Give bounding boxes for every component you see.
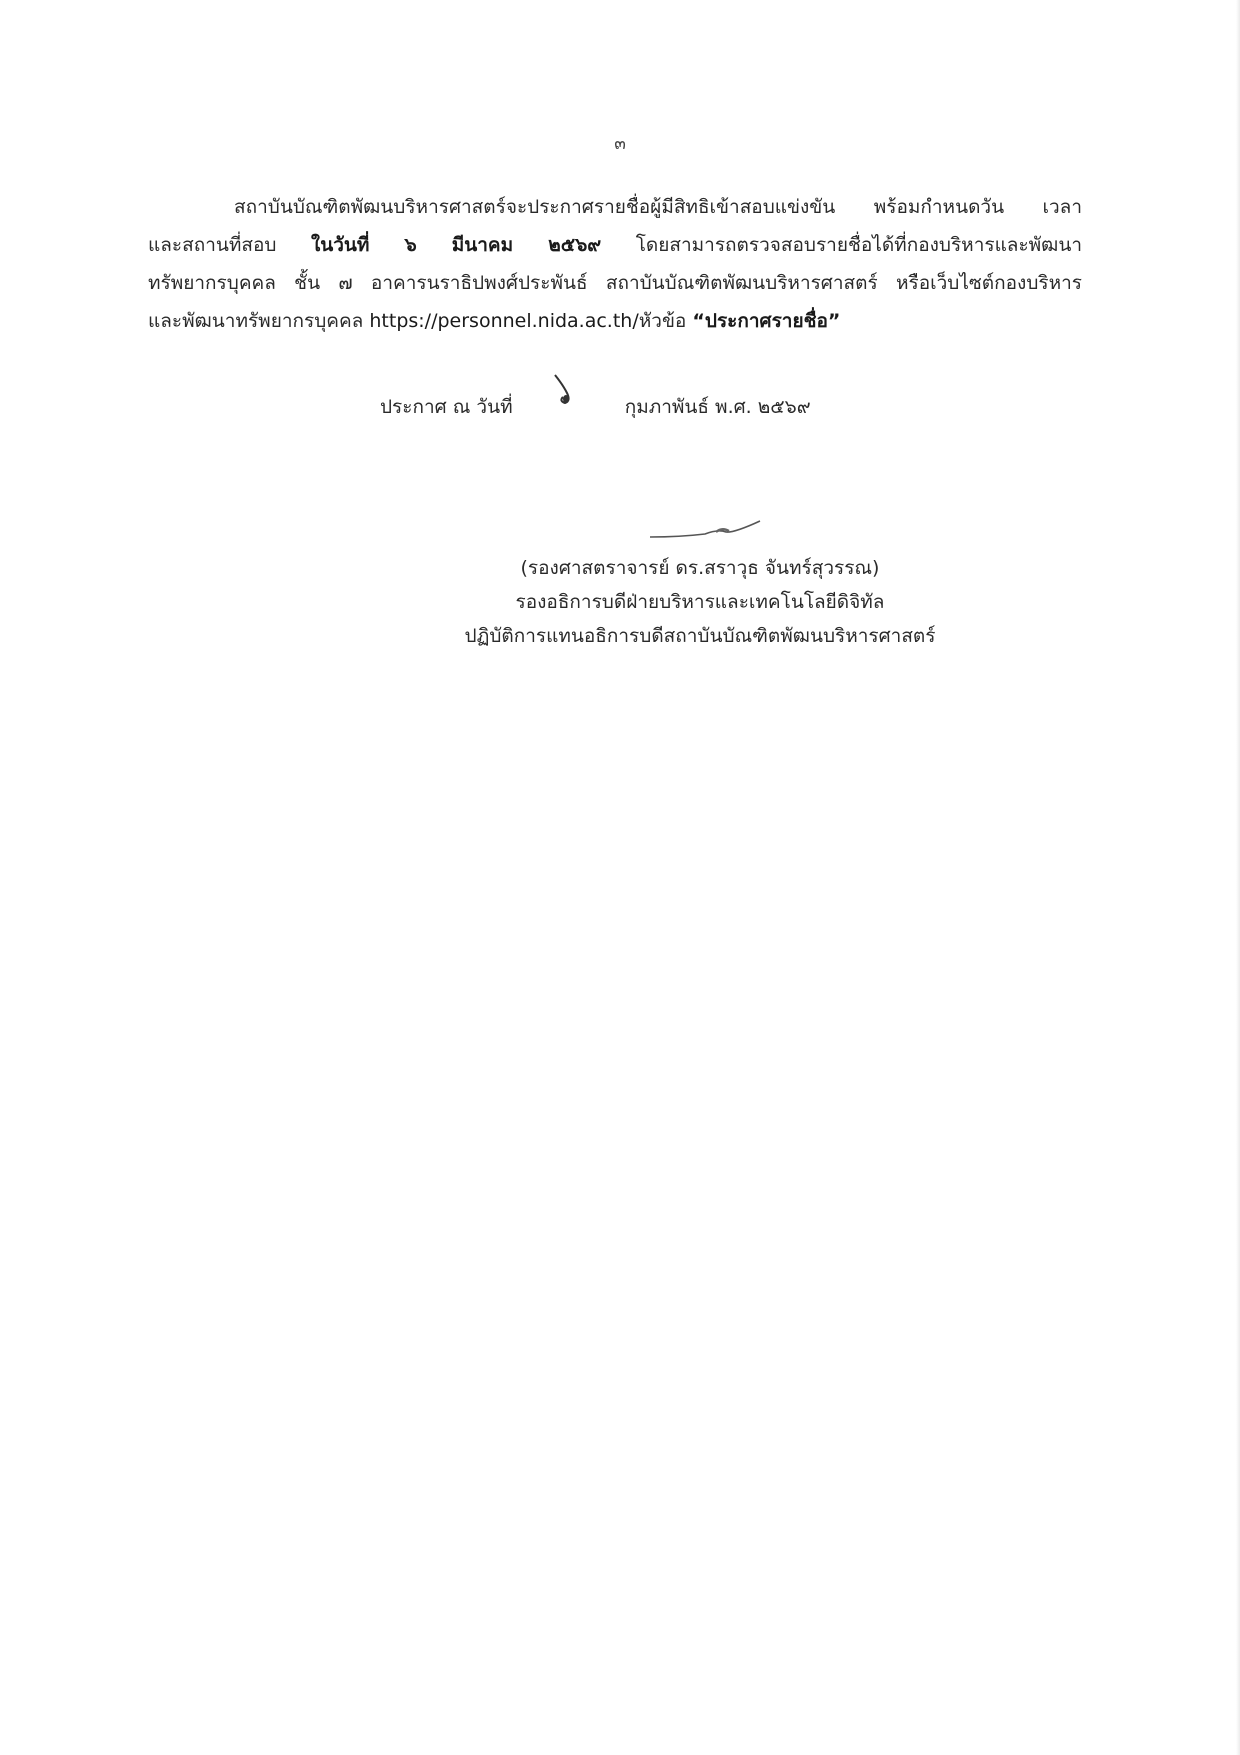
topic-title: “ประกาศรายชื่อ”: [692, 310, 840, 332]
signature-block: (รองศาสตราจารย์ ดร.สราวุธ จันทร์สุวรรณ) …: [430, 515, 970, 653]
handwritten-day: [519, 393, 619, 413]
line-text: โดยสามารถตรวจสอบรายชื่อได้ที่กองบริหารแล…: [601, 234, 1082, 256]
signatory-name: (รองศาสตราจารย์ ดร.สราวุธ จันทร์สุวรรณ): [430, 551, 970, 585]
signature-icon: [630, 515, 770, 545]
exam-list-date: ในวันที่ ๖ มีนาคม ๒๕๖๙: [311, 234, 601, 256]
handwritten-day-icon: [549, 371, 589, 411]
paragraph-line-4: และพัฒนาทรัพยากรบุคคล https://personnel.…: [148, 302, 1082, 340]
announcement-paragraph: สถาบันบัณฑิตพัฒนบริหารศาสตร์จะประกาศรายช…: [148, 188, 1082, 340]
paragraph-line-1: สถาบันบัณฑิตพัฒนบริหารศาสตร์จะประกาศรายช…: [148, 188, 1082, 226]
signatory-acting-role: ปฏิบัติการแทนอธิการบดีสถาบันบัณฑิตพัฒนบร…: [430, 619, 970, 653]
page-edge: [1236, 0, 1240, 1755]
line-text: และพัฒนาทรัพยากรบุคคล: [148, 310, 369, 332]
line-text: และสถานที่สอบ: [148, 234, 311, 256]
signatory-position: รองอธิการบดีฝ่ายบริหารและเทคโนโลยีดิจิทั…: [430, 585, 970, 619]
page-number: ๓: [0, 130, 1240, 157]
paragraph-line-3: ทรัพยากรบุคคล ชั้น ๗ อาคารนราธิปพงศ์ประพ…: [148, 264, 1082, 302]
date-suffix: กุมภาพันธ์ พ.ศ. ๒๕๖๙: [625, 396, 811, 418]
website-link[interactable]: https://personnel.nida.ac.th/: [369, 310, 638, 332]
paragraph-line-2: และสถานที่สอบ ในวันที่ ๖ มีนาคม ๒๕๖๙ โดย…: [148, 226, 1082, 264]
date-prefix: ประกาศ ณ วันที่: [380, 396, 513, 418]
line-text: หัวข้อ: [639, 310, 693, 332]
announcement-date: ประกาศ ณ วันที่ กุมภาพันธ์ พ.ศ. ๒๕๖๙: [380, 392, 900, 422]
